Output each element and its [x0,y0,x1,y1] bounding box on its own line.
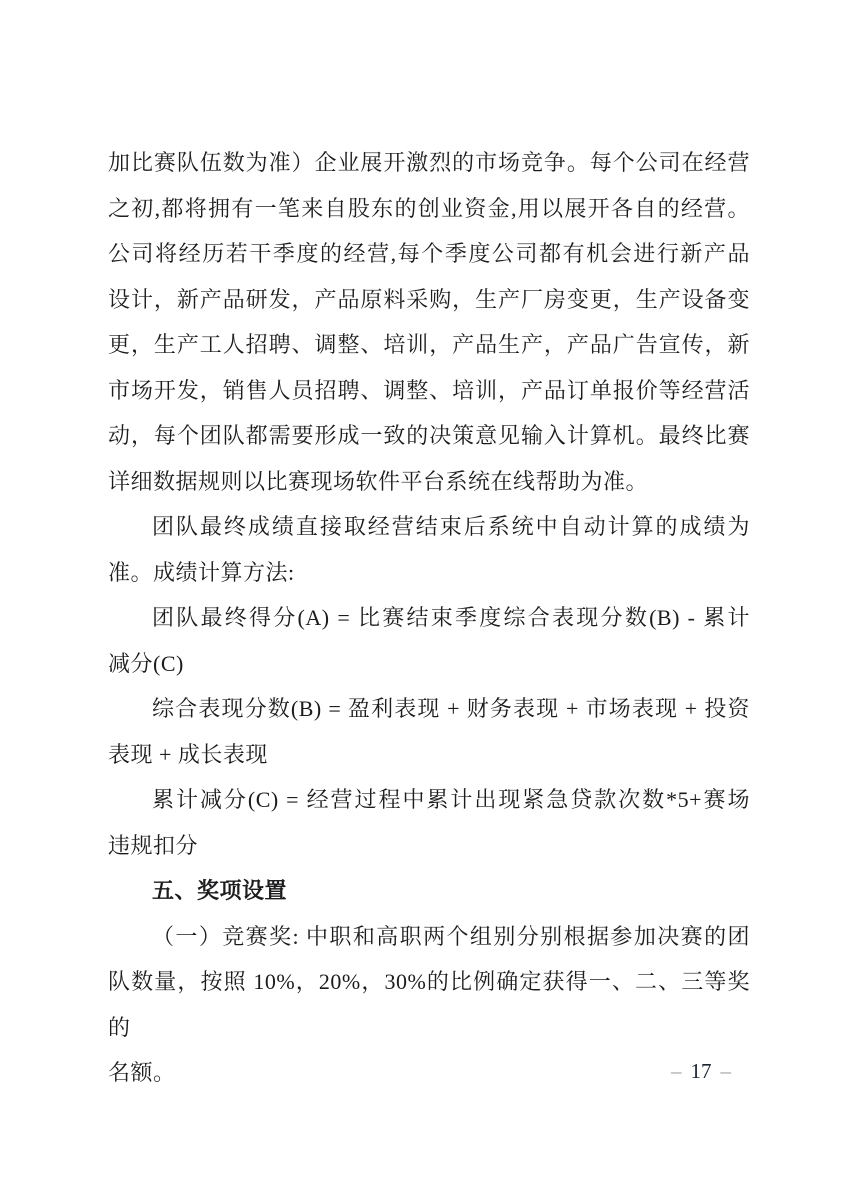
section-heading: 五、奖项设置 [108,868,750,914]
text-line: 违规扣分 [108,823,750,869]
page-number: 17 [691,1059,712,1084]
text-line: 减分(C) [108,641,750,687]
text-line: 市场开发，销售人员招聘、调整、培训，产品订单报价等经营活 [108,368,750,414]
text-line: （一）竞赛奖: 中职和高职两个组别分别根据参加决赛的团 [108,914,750,960]
text-line: 设计，新产品研发，产品原料采购，生产厂房变更，生产设备变 [108,277,750,323]
page-number-dash-right: – [721,1059,732,1084]
text-line: 公司将经历若干季度的经营,每个季度公司都有机会进行新产品 [108,231,750,277]
text-line: 累计减分(C) = 经营过程中累计出现紧急贷款次数*5+赛场 [108,777,750,823]
text-line: 综合表现分数(B) = 盈利表现 + 财务表现 + 市场表现 + 投资 [108,686,750,732]
text-line: 动，每个团队都需要形成一致的决策意见输入计算机。最终比赛 [108,413,750,459]
page-footer: – 17 – [671,1059,731,1084]
text-line: 加比赛队伍数为准）企业展开激烈的市场竞争。每个公司在经营 [108,140,750,186]
document-text-block: 加比赛队伍数为准）企业展开激烈的市场竞争。每个公司在经营之初,都将拥有一笔来自股… [108,140,750,1096]
text-line: 详细数据规则以比赛现场软件平台系统在线帮助为准。 [108,459,750,505]
text-line: 团队最终成绩直接取经营结束后系统中自动计算的成绩为 [108,504,750,550]
page-number-dash-left: – [671,1059,682,1084]
text-line: 更，生产工人招聘、调整、培训，产品生产，产品广告宣传，新 [108,322,750,368]
text-line: 队数量，按照 10%，20%，30%的比例确定获得一、二、三等奖的 [108,959,750,1050]
text-line: 准。成绩计算方法: [108,550,750,596]
text-line: 表现 + 成长表现 [108,732,750,778]
text-line: 名额。 [108,1050,750,1096]
text-line: 之初,都将拥有一笔来自股东的创业资金,用以展开各自的经营。 [108,186,750,232]
text-line: 团队最终得分(A) = 比赛结束季度综合表现分数(B) - 累计 [108,595,750,641]
document-page: 加比赛队伍数为准）企业展开激烈的市场竞争。每个公司在经营之初,都将拥有一笔来自股… [0,0,848,1200]
